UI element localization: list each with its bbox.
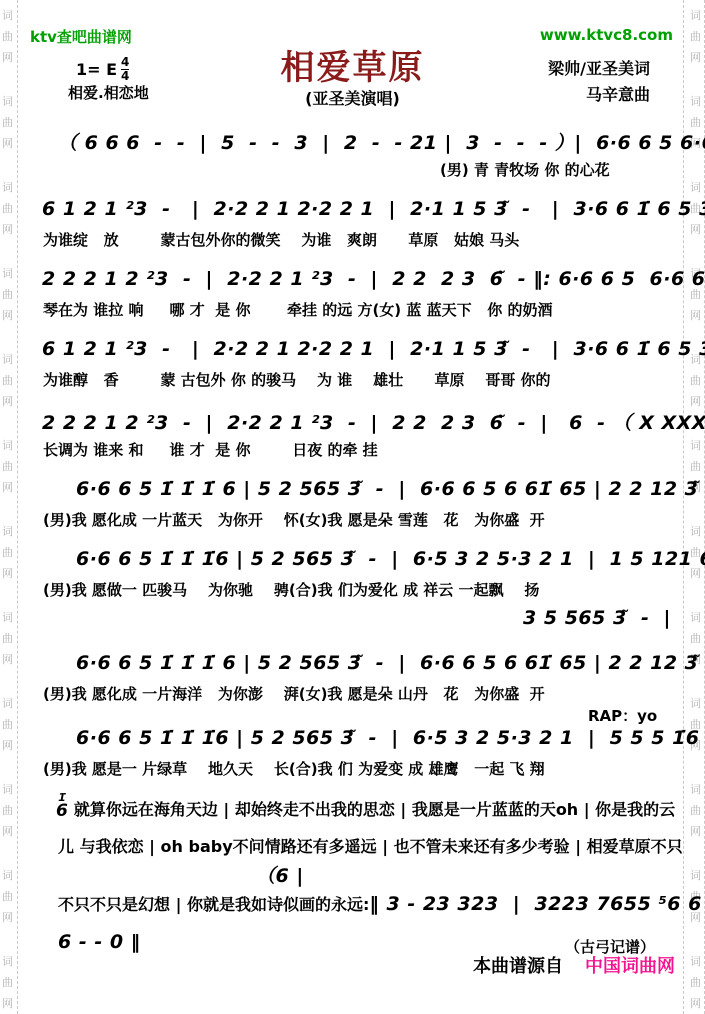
- lyric-line: 为谁绽 放 蒙古包外你的微笑 为谁 爽朗 草原 姑娘 马头: [43, 229, 519, 250]
- rap-marker: RAP：yo: [588, 705, 657, 726]
- lyricist-credit: 梁帅/亚圣美词: [548, 56, 650, 79]
- rap-line-3-notation: ‖ 3 - 23 323 | 3223 7655 ⁵6 6 |: [369, 893, 705, 915]
- watermark-text: 词曲网: [2, 693, 14, 756]
- notation-line: 2 2 2 1 2 ²3 - | 2·2 2 1 ²3 - | 2 2 2 3 …: [42, 408, 705, 435]
- watermark-text: 词曲网: [2, 865, 14, 928]
- sheet-music-page: 词曲网 词曲网 词曲网 词曲网 词曲网 词曲网 词曲网 词曲网 词曲网 词曲网 …: [0, 0, 705, 1014]
- rap-pickup-note: 1̇ 6: [56, 792, 68, 820]
- key-signature-text: 1= E: [76, 60, 117, 79]
- tempo-style-note: 相爱.相恋地: [68, 82, 149, 103]
- footer-source: 本曲谱源自 中国词曲网: [473, 952, 675, 978]
- notation-line: 6 1 2 1 ²3 - | 2·2 2 1 2·2 2 1 | 2·1 1 5…: [42, 338, 705, 360]
- rap-line-1: 1̇ 6 就算你远在海角天边 | 却始终走不出我的思恋 | 我愿是一片蓝蓝的天o…: [56, 792, 675, 820]
- rap-line-3: 不只不只是幻想 | 你就是我如诗似画的永远: ‖ 3 - 23 323 | 32…: [58, 892, 705, 915]
- watermark-text: 词曲网: [2, 521, 14, 584]
- lyric-line: 为谁醇 香 蒙 古包外 你 的骏马 为 谁 雄壮 草原 哥哥 你的: [43, 369, 551, 390]
- time-signature-denominator: 4: [121, 69, 129, 83]
- rap-line-1-text: 就算你远在海角天边 | 却始终走不出我的思恋 | 我愿是一片蓝蓝的天oh | 你…: [74, 797, 675, 820]
- footer-source-label: 本曲谱源自: [473, 952, 563, 978]
- final-notation: 6 - - 0 ‖: [58, 931, 141, 953]
- rap-pickup-note-bottom: 6: [56, 803, 68, 820]
- watermark-text: 词曲网: [690, 779, 702, 842]
- watermark-text: 词曲网: [2, 263, 14, 326]
- rap-line-2: 儿 与我依恋 | oh baby不问情路还有多遥远 | 也不管未来还有多少考验 …: [58, 834, 683, 857]
- watermark-text: 词曲网: [2, 177, 14, 240]
- lyric-line: (男)我 愿做一 匹骏马 为你驰 骋(合)我 们为爱化 成 祥云 一起飘 扬: [43, 579, 539, 600]
- notation-line: 6·6 6 5 1̇ 1̇ 1̇6 | 5 2 565 3̃ - | 6·5 3…: [76, 548, 705, 570]
- interlude-notation: 3 5 565 3̃ - |: [523, 607, 671, 629]
- notation-line: 6·6 6 5 1̇ 1̇ 1̇ 6 | 5 2 565 3̃ - | 6·6 …: [76, 478, 705, 500]
- watermark-text: 词曲网: [2, 607, 14, 670]
- watermark-text: 词曲网: [2, 951, 14, 1014]
- lyric-line: (男) 青 青牧场 你 的心花: [440, 159, 610, 180]
- lyric-line: (男)我 愿化成 一片海洋 为你澎 湃(女)我 愿是朵 山丹 花 为你盛 开: [43, 683, 545, 704]
- time-signature-numerator: 4: [121, 56, 129, 69]
- footer-source-site-link[interactable]: 中国词曲网: [585, 952, 675, 978]
- time-signature: 4 4: [121, 56, 129, 82]
- composer-credit: 马辛意曲: [586, 82, 650, 105]
- lyric-line: (男)我 愿是一 片绿草 地久天 长(合)我 们 为爱变 成 雄鹰 一起 飞 翔: [43, 758, 545, 779]
- lyric-line: (男)我 愿化成 一片蓝天 为你开 怀(女)我 愿是朵 雪莲 花 为你盛 开: [43, 509, 545, 530]
- notation-line: 6·6 6 5 1̇ 1̇ 1̇6 | 5 2 565 3̃ - | 6·5 3…: [76, 727, 705, 749]
- pickup-notation: （6 |: [256, 861, 304, 888]
- notation-line: 6 1 2 1 ²3 - | 2·2 2 1 2·2 2 1 | 2·1 1 5…: [42, 198, 705, 220]
- rap-line-3-text: 不只不只是幻想 | 你就是我如诗似画的永远:: [58, 892, 369, 915]
- watermark-text: 词曲网: [2, 779, 14, 842]
- notation-line: 6·6 6 5 1̇ 1̇ 1̇ 6 | 5 2 565 3̃ - | 6·6 …: [76, 652, 705, 674]
- score-sheet: （ 6 6 6 - - | 5 - - 3 | 2 - - 21 | 3 - -…: [16, 120, 681, 990]
- key-signature: 1= E 4 4: [76, 56, 129, 82]
- watermark-text: 词曲网: [690, 951, 702, 1014]
- lyric-line: 琴在为 谁拉 响 哪 才 是 你 牵挂 的远 方(女) 蓝 蓝天下 你 的奶酒: [43, 299, 553, 320]
- lyric-line: 长调为 谁来 和 谁 才 是 你 日夜 的牵 挂: [43, 439, 378, 460]
- notation-line: 2 2 2 1 2 ²3 - | 2·2 2 1 ²3 - | 2 2 2 3 …: [42, 268, 705, 290]
- watermark-text: 词曲网: [2, 435, 14, 498]
- notation-line: （ 6 6 6 - - | 5 - - 3 | 2 - - 21 | 3 - -…: [58, 128, 705, 155]
- watermark-text: 词曲网: [2, 349, 14, 412]
